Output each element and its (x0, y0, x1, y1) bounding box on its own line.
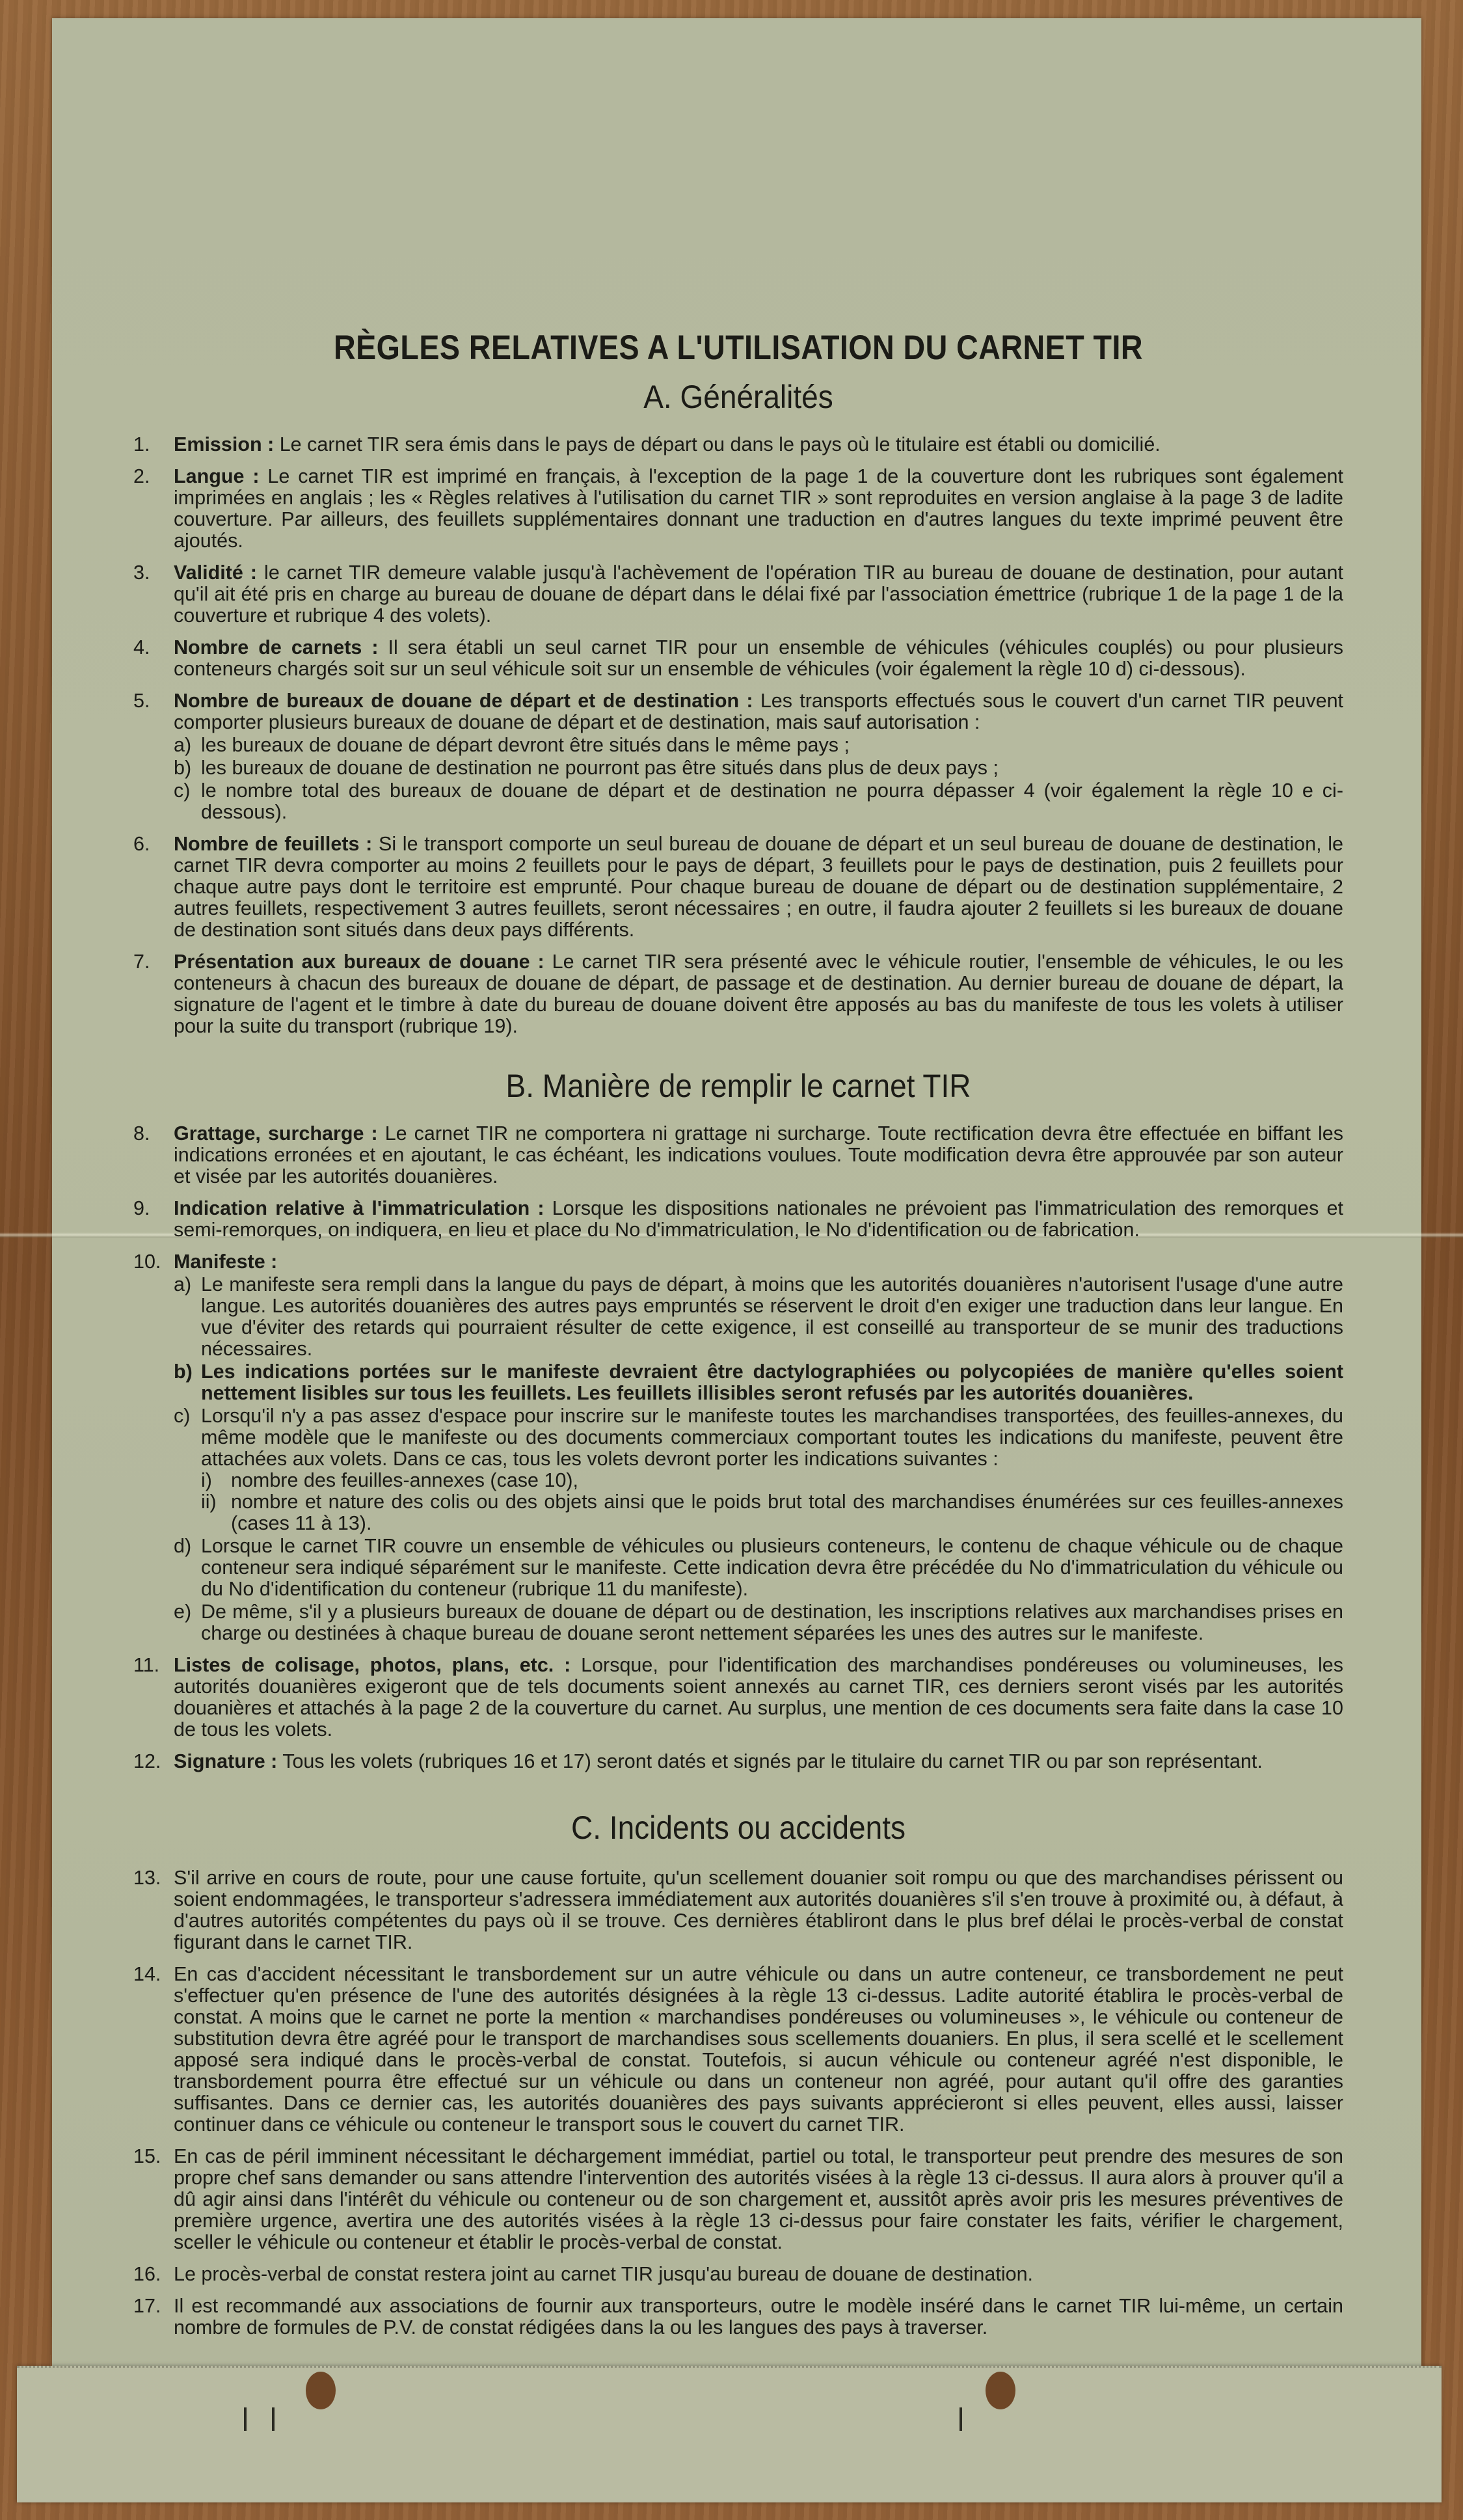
rule-text: Tous les volets (rubriques 16 et 17) ser… (277, 1750, 1263, 1772)
subsubitem-label: ii) (201, 1491, 231, 1534)
rule-lead: Grattage, surcharge : (174, 1122, 378, 1145)
rule-17: 17. Il est recommandé aux associations d… (133, 2296, 1343, 2338)
rule-7: 7. Présentation aux bureaux de douane : … (133, 951, 1343, 1037)
perforated-stub (17, 2366, 1442, 2502)
rule-15: 15. En cas de péril imminent nécessitant… (133, 2146, 1343, 2253)
rule-lead: Signature : (174, 1750, 277, 1772)
rule-subitem: b)les bureaux de douane de destination n… (174, 757, 1343, 779)
rule-subitem: c)Lorsqu'il n'y a pas assez d'espace pou… (174, 1405, 1343, 1470)
rule-number: 3. (133, 562, 174, 627)
punch-hole-left (306, 2372, 336, 2409)
subitem-label: d) (174, 1536, 201, 1600)
rule-lead: Emission : (174, 433, 274, 455)
rule-number: 13. (133, 1867, 174, 1953)
subitem-label: c) (174, 780, 201, 823)
rule-8: 8. Grattage, surcharge : Le carnet TIR n… (133, 1123, 1343, 1187)
rule-6: 6. Nombre de feuillets : Si le transport… (133, 833, 1343, 941)
rule-text: le carnet TIR demeure valable jusqu'à l'… (174, 562, 1343, 627)
section-heading-a: A. Généralités (181, 377, 1295, 417)
punch-hole-right (986, 2372, 1015, 2409)
subitem-label: a) (174, 1274, 201, 1360)
rule-4: 4. Nombre de carnets : Il sera établi un… (133, 637, 1343, 680)
rule-number: 5. (133, 690, 174, 823)
rule-lead: Présentation aux bureaux de douane : (174, 951, 544, 973)
rule-number: 1. (133, 434, 174, 455)
rule-text: Il est recommandé aux associations de fo… (174, 2296, 1343, 2338)
rule-2: 2. Langue : Le carnet TIR est imprimé en… (133, 466, 1343, 552)
rule-16: 16. Le procès-verbal de constat restera … (133, 2264, 1343, 2285)
rule-1: 1. Emission : Le carnet TIR sera émis da… (133, 434, 1343, 455)
rule-number: 15. (133, 2146, 174, 2253)
rule-number: 9. (133, 1198, 174, 1241)
rule-subitem: c)le nombre total des bureaux de douane … (174, 780, 1343, 823)
document-content: RÈGLES RELATIVES A L'UTILISATION DU CARN… (133, 329, 1343, 2349)
subitem-text: Lorsque le carnet TIR couvre un ensemble… (201, 1536, 1343, 1600)
rule-number: 6. (133, 833, 174, 941)
rule-text: Le procès-verbal de constat restera join… (174, 2264, 1343, 2285)
tick-mark (272, 2407, 275, 2431)
rule-number: 8. (133, 1123, 174, 1187)
rule-number: 10. (133, 1251, 174, 1644)
subitem-text: le nombre total des bureaux de douane de… (201, 780, 1343, 823)
document-title: RÈGLES RELATIVES A L'UTILISATION DU CARN… (206, 329, 1271, 368)
subitem-label: c) (174, 1405, 201, 1470)
subsubitem-text: nombre des feuilles-annexes (case 10), (231, 1470, 1343, 1491)
rule-subsubitem: i)nombre des feuilles-annexes (case 10), (201, 1470, 1343, 1491)
rule-text: Le carnet TIR est imprimé en français, à… (174, 465, 1343, 552)
subitem-text: Le manifeste sera rempli dans la langue … (201, 1274, 1343, 1360)
subitem-text: Les indications portées sur le manifeste… (201, 1361, 1343, 1404)
rule-11: 11. Listes de colisage, photos, plans, e… (133, 1655, 1343, 1741)
rule-number: 2. (133, 466, 174, 552)
subitem-label: a) (174, 735, 201, 756)
rule-text: Le carnet TIR sera émis dans le pays de … (274, 433, 1161, 455)
subsubitem-text: nombre et nature des colis ou des objets… (231, 1491, 1343, 1534)
subitem-text: les bureaux de douane de départ devront … (201, 735, 1343, 756)
rule-number: 7. (133, 951, 174, 1037)
section-heading-c: C. Incidents ou accidents (181, 1808, 1295, 1848)
subitem-label: b) (174, 1361, 201, 1404)
rule-number: 12. (133, 1751, 174, 1772)
rule-10: 10. Manifeste : a)Le manifeste sera remp… (133, 1251, 1343, 1644)
rule-12: 12. Signature : Tous les volets (rubriqu… (133, 1751, 1343, 1772)
rule-3: 3. Validité : le carnet TIR demeure vala… (133, 562, 1343, 627)
rule-text: S'il arrive en cours de route, pour une … (174, 1867, 1343, 1953)
rule-subitem: a)les bureaux de douane de départ devron… (174, 735, 1343, 756)
tick-mark (244, 2407, 247, 2431)
rule-subitem: a)Le manifeste sera rempli dans la langu… (174, 1274, 1343, 1360)
section-heading-b: B. Manière de remplir le carnet TIR (181, 1066, 1295, 1106)
rule-subsubitem: ii)nombre et nature des colis ou des obj… (201, 1491, 1343, 1534)
rule-number: 16. (133, 2264, 174, 2285)
rule-lead: Validité : (174, 562, 257, 584)
rule-subitem: b)Les indications portées sur le manifes… (174, 1361, 1343, 1404)
rule-14: 14. En cas d'accident nécessitant le tra… (133, 1964, 1343, 2135)
rule-number: 14. (133, 1964, 174, 2135)
subitem-label: b) (174, 757, 201, 779)
subitem-text: De même, s'il y a plusieurs bureaux de d… (201, 1601, 1343, 1644)
rule-subitem: e)De même, s'il y a plusieurs bureaux de… (174, 1601, 1343, 1644)
rule-lead: Langue : (174, 465, 260, 487)
perforation-line (17, 2366, 1442, 2370)
rule-text: En cas de péril imminent nécessitant le … (174, 2146, 1343, 2253)
rule-number: 4. (133, 637, 174, 680)
rule-text: En cas d'accident nécessitant le transbo… (174, 1964, 1343, 2135)
rule-lead: Nombre de bureaux de douane de départ et… (174, 690, 753, 712)
rule-lead: Manifeste : (174, 1251, 277, 1273)
rule-5: 5. Nombre de bureaux de douane de départ… (133, 690, 1343, 823)
rule-lead: Indication relative à l'immatriculation … (174, 1197, 544, 1219)
subsubitem-label: i) (201, 1470, 231, 1491)
subitem-text: Lorsqu'il n'y a pas assez d'espace pour … (201, 1405, 1343, 1470)
rule-13: 13. S'il arrive en cours de route, pour … (133, 1867, 1343, 1953)
rule-subitem: d)Lorsque le carnet TIR couvre un ensemb… (174, 1536, 1343, 1600)
rule-9: 9. Indication relative à l'immatriculati… (133, 1198, 1343, 1241)
subitem-label: e) (174, 1601, 201, 1644)
rule-number: 11. (133, 1655, 174, 1741)
rule-lead: Nombre de carnets : (174, 636, 378, 658)
rule-lead: Nombre de feuillets : (174, 833, 372, 855)
tick-mark (960, 2407, 962, 2431)
rule-number: 17. (133, 2296, 174, 2338)
subitem-text: les bureaux de douane de destination ne … (201, 757, 1343, 779)
rule-lead: Listes de colisage, photos, plans, etc. … (174, 1654, 570, 1676)
